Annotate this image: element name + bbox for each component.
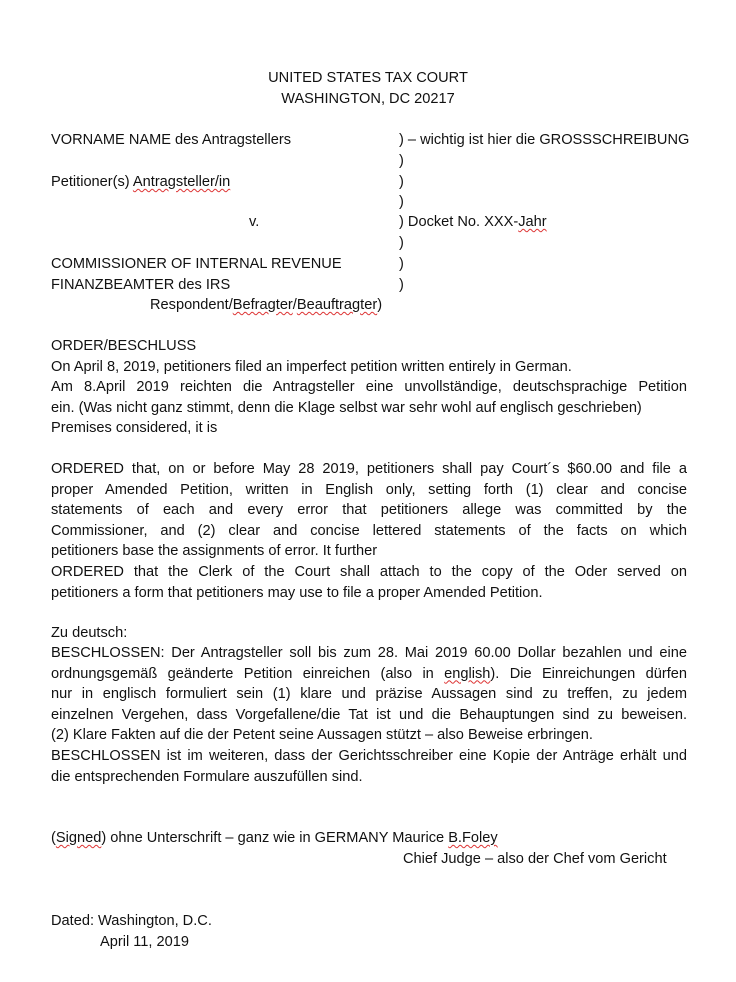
ordered-line: petitioners a form that petitioners may … <box>51 583 687 604</box>
petitioner-label: Petitioner(s) Antragsteller/in <box>51 172 230 192</box>
order-line: Am 8.April 2019 reichten die Antragstell… <box>51 377 687 398</box>
court-name: UNITED STATES TAX COURT <box>0 68 736 88</box>
dated-date: April 11, 2019 <box>100 932 189 952</box>
respondent-label: Respondent/Befragter/Beauftragter) <box>150 295 382 315</box>
court-address: WASHINGTON, DC 20217 <box>0 89 736 109</box>
ordered-line: ORDERED that the Clerk of the Court shal… <box>51 562 687 583</box>
caption-paren: ) <box>399 275 404 295</box>
order-heading: ORDER/BESCHLUSS <box>51 336 196 356</box>
german-heading: Zu deutsch: <box>51 623 127 643</box>
german-line: BESCHLOSSEN: Der Antragsteller soll bis … <box>51 643 687 664</box>
signature-line: (Signed) ohne Unterschrift – ganz wie in… <box>51 828 498 848</box>
caption-paren: ) <box>399 151 404 171</box>
dated-label: Dated: Washington, D.C. <box>51 911 212 931</box>
caption-paren: ) <box>399 233 404 253</box>
german-line: BESCHLOSSEN ist im weiteren, dass der Ge… <box>51 746 687 767</box>
ordered-paragraph: ORDERED that, on or before May 28 2019, … <box>51 459 687 603</box>
german-line: (2) Klare Fakten auf die der Petent sein… <box>51 725 687 746</box>
caption-paren: ) <box>399 192 404 212</box>
german-paragraph: BESCHLOSSEN: Der Antragsteller soll bis … <box>51 643 687 787</box>
ordered-line: statements of each and every error that … <box>51 500 687 521</box>
order-german-paragraph: Am 8.April 2019 reichten die Antragstell… <box>51 377 687 418</box>
ordered-line: petitioners base the assignments of erro… <box>51 541 687 562</box>
german-line: nur in englisch formuliert sein (1) klar… <box>51 684 687 705</box>
ordered-line: proper Amended Petition, written in Engl… <box>51 480 687 501</box>
german-line: die entsprechenden Formulare auszufüllen… <box>51 767 687 788</box>
petitioner-note: ) – wichtig ist hier die GROSSSCHREIBUNG <box>399 130 689 150</box>
ordered-line: Commissioner, and (2) clear and concise … <box>51 521 687 542</box>
order-line: On April 8, 2019, petitioners filed an i… <box>51 357 572 377</box>
versus: v. <box>249 212 259 232</box>
caption-paren: ) <box>399 172 404 192</box>
respondent-line-1: COMMISSIONER OF INTERNAL REVENUE <box>51 254 342 274</box>
german-line: ordnungsgemäß geänderte Petition einreic… <box>51 664 687 685</box>
german-line: einzelnen Vergehen, dass Vorgefallene/di… <box>51 705 687 726</box>
petitioner-name: VORNAME NAME des Antragstellers <box>51 130 291 150</box>
order-line: ein. (Was nicht ganz stimmt, denn die Kl… <box>51 398 687 419</box>
respondent-line-2: FINANZBEAMTER des IRS <box>51 275 230 295</box>
docket-number: ) Docket No. XXX-Jahr <box>399 212 547 232</box>
ordered-line: ORDERED that, on or before May 28 2019, … <box>51 459 687 480</box>
caption-paren: ) <box>399 254 404 274</box>
judge-title: Chief Judge – also der Chef vom Gericht <box>403 849 667 869</box>
order-line: Premises considered, it is <box>51 418 217 438</box>
